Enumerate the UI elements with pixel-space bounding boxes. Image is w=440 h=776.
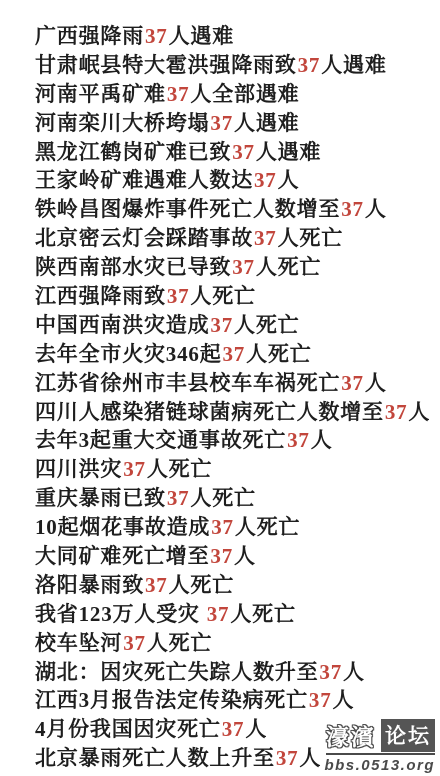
headline-number: 37 (209, 111, 234, 135)
headline-row: 中国西南洪灾造成37人死亡 (35, 311, 436, 340)
headline-text-pre: 北京暴雨死亡人数上升至 (35, 746, 275, 770)
headline-number: 37 (221, 717, 246, 741)
headline-row: 河南栾川大桥垮塌37人遇难 (35, 109, 436, 138)
watermark: 濠濱 论坛 bbs.0513.org (324, 719, 435, 774)
headline-list: 广西强降雨37人遇难甘肃岷县特大雹洪强降雨致37人遇难河南平禹矿难37人全部遇难… (35, 22, 436, 773)
headline-number: 37 (122, 457, 147, 481)
headline-text-pre: 校车坠河 (35, 631, 122, 655)
headline-row: 江西强降雨致37人死亡 (35, 282, 436, 311)
headline-text-post: 人 (234, 544, 256, 568)
headline-text-pre: 洛阳暴雨致 (35, 573, 144, 597)
headline-number: 37 (210, 515, 235, 539)
headline-text-pre: 四川人感染猪链球菌病死亡人数增至 (35, 400, 384, 424)
headline-text-post: 人死亡 (234, 313, 299, 337)
headline-number: 37 (286, 428, 311, 452)
headline-text-post: 人 (365, 371, 387, 395)
watermark-url: bbs.0513.org (324, 757, 435, 774)
headline-text-post: 人死亡 (190, 486, 255, 510)
headline-number: 37 (231, 255, 256, 279)
headline-text-pre: 河南栾川大桥垮塌 (35, 111, 209, 135)
headline-text-pre: 黑龙江鹤岗矿难已致 (35, 140, 231, 164)
watermark-forum-badge: 论坛 (381, 719, 435, 752)
headline-text-pre: 湖北：因灾死亡失踪人数升至 (35, 660, 318, 684)
headline-row: 四川洪灾37人死亡 (35, 455, 436, 484)
headline-row: 北京密云灯会踩踏事故37人死亡 (35, 224, 436, 253)
headline-text-post: 人死亡 (235, 515, 300, 539)
headline-text-pre: 河南平禹矿难 (35, 82, 166, 106)
headline-row: 大同矿难死亡增至37人 (35, 542, 436, 571)
headline-text-pre: 铁岭昌图爆炸事件死亡人数增至 (35, 197, 340, 221)
headline-number: 37 (209, 544, 234, 568)
headline-text-post: 人 (365, 197, 387, 221)
headline-number: 37 (166, 486, 191, 510)
headline-text-pre: 广西强降雨 (35, 24, 144, 48)
headline-number: 37 (340, 371, 365, 395)
headline-text-post: 人死亡 (147, 631, 212, 655)
headline-number: 37 (384, 400, 409, 424)
headline-text-pre: 4月份我国因灾死亡 (35, 717, 221, 741)
headline-row: 去年3起重大交通事故死亡37人 (35, 426, 436, 455)
headline-text-post: 人全部遇难 (190, 82, 299, 106)
headline-row: 湖北：因灾死亡失踪人数升至37人 (35, 658, 436, 687)
headline-row: 江苏省徐州市丰县校车车祸死亡37人 (35, 369, 436, 398)
headline-row: 铁岭昌图爆炸事件死亡人数增至37人 (35, 195, 436, 224)
headline-row: 甘肃岷县特大雹洪强降雨致37人遇难 (35, 51, 436, 80)
headline-text-post: 人 (299, 746, 321, 770)
headline-number: 37 (144, 24, 169, 48)
headline-number: 37 (340, 197, 365, 221)
headline-number: 37 (297, 53, 322, 77)
headline-text-post: 人死亡 (278, 226, 343, 250)
headline-text-post: 人 (311, 428, 333, 452)
headline-text-pre: 江西3月报告法定传染病死亡 (35, 688, 308, 712)
headline-row: 重庆暴雨已致37人死亡 (35, 484, 436, 513)
headline-number: 37 (166, 284, 191, 308)
headline-row: 去年全市火灾346起37人死亡 (35, 340, 436, 369)
headline-text-pre: 江苏省徐州市丰县校车车祸死亡 (35, 371, 340, 395)
headline-number: 37 (231, 140, 256, 164)
headline-text-pre: 陕西南部水灾已导致 (35, 255, 231, 279)
headline-text-post: 人死亡 (147, 457, 212, 481)
headline-row: 校车坠河37人死亡 (35, 629, 436, 658)
headline-row: 黑龙江鹤岗矿难已致37人遇难 (35, 138, 436, 167)
watermark-site-name: 濠濱 论坛 (326, 719, 435, 755)
headline-text-post: 人 (333, 688, 355, 712)
headline-row: 广西强降雨37人遇难 (35, 22, 436, 51)
headline-text-pre: 中国西南洪灾造成 (35, 313, 209, 337)
watermark-name-outline: 濠濱 (326, 719, 376, 752)
headline-row: 四川人感染猪链球菌病死亡人数增至37人 (35, 398, 436, 427)
headline-number: 37 (166, 82, 191, 106)
headline-text-post: 人 (343, 660, 365, 684)
headline-text-post: 人 (408, 400, 430, 424)
headline-text-pre: 北京密云灯会踩踏事故 (35, 226, 253, 250)
headline-text-pre: 去年3起重大交通事故死亡 (35, 428, 286, 452)
headline-text-pre: 甘肃岷县特大雹洪强降雨致 (35, 53, 297, 77)
headline-row: 洛阳暴雨致37人死亡 (35, 571, 436, 600)
headline-text-pre: 重庆暴雨已致 (35, 486, 166, 510)
headline-row: 我省123万人受灾 37人死亡 (35, 600, 436, 629)
headline-number: 37 (206, 602, 231, 626)
headline-text-post: 人遇难 (234, 111, 299, 135)
headline-text-post: 人死亡 (190, 284, 255, 308)
headline-image: 广西强降雨37人遇难甘肃岷县特大雹洪强降雨致37人遇难河南平禹矿难37人全部遇难… (0, 0, 440, 776)
headline-text-post: 人死亡 (256, 255, 321, 279)
headline-text-post: 人 (278, 168, 300, 192)
headline-text-pre: 大同矿难死亡增至 (35, 544, 209, 568)
headline-number: 37 (318, 660, 343, 684)
headline-number: 37 (144, 573, 169, 597)
headline-number: 37 (253, 226, 278, 250)
headline-number: 37 (275, 746, 300, 770)
headline-text-pre: 四川洪灾 (35, 457, 122, 481)
headline-row: 江西3月报告法定传染病死亡37人 (35, 686, 436, 715)
headline-text-pre: 我省123万人受灾 (35, 602, 206, 626)
headline-row: 陕西南部水灾已导致37人死亡 (35, 253, 436, 282)
headline-text-post: 人死亡 (246, 342, 311, 366)
headline-text-pre: 去年全市火灾346起 (35, 342, 222, 366)
headline-number: 37 (222, 342, 247, 366)
headline-text-pre: 王家岭矿难遇难人数达 (35, 168, 253, 192)
headline-text-post: 人遇难 (169, 24, 234, 48)
headline-number: 37 (253, 168, 278, 192)
headline-number: 37 (122, 631, 147, 655)
headline-text-pre: 江西强降雨致 (35, 284, 166, 308)
headline-text-post: 人死亡 (230, 602, 295, 626)
headline-text-post: 人死亡 (169, 573, 234, 597)
headline-number: 37 (209, 313, 234, 337)
headline-text-post: 人遇难 (256, 140, 321, 164)
headline-row: 10起烟花事故造成37人死亡 (35, 513, 436, 542)
headline-text-pre: 10起烟花事故造成 (35, 515, 210, 539)
headline-number: 37 (308, 688, 333, 712)
headline-row: 王家岭矿难遇难人数达37人 (35, 166, 436, 195)
headline-text-post: 人 (245, 717, 267, 741)
headline-text-post: 人遇难 (321, 53, 386, 77)
headline-row: 河南平禹矿难37人全部遇难 (35, 80, 436, 109)
